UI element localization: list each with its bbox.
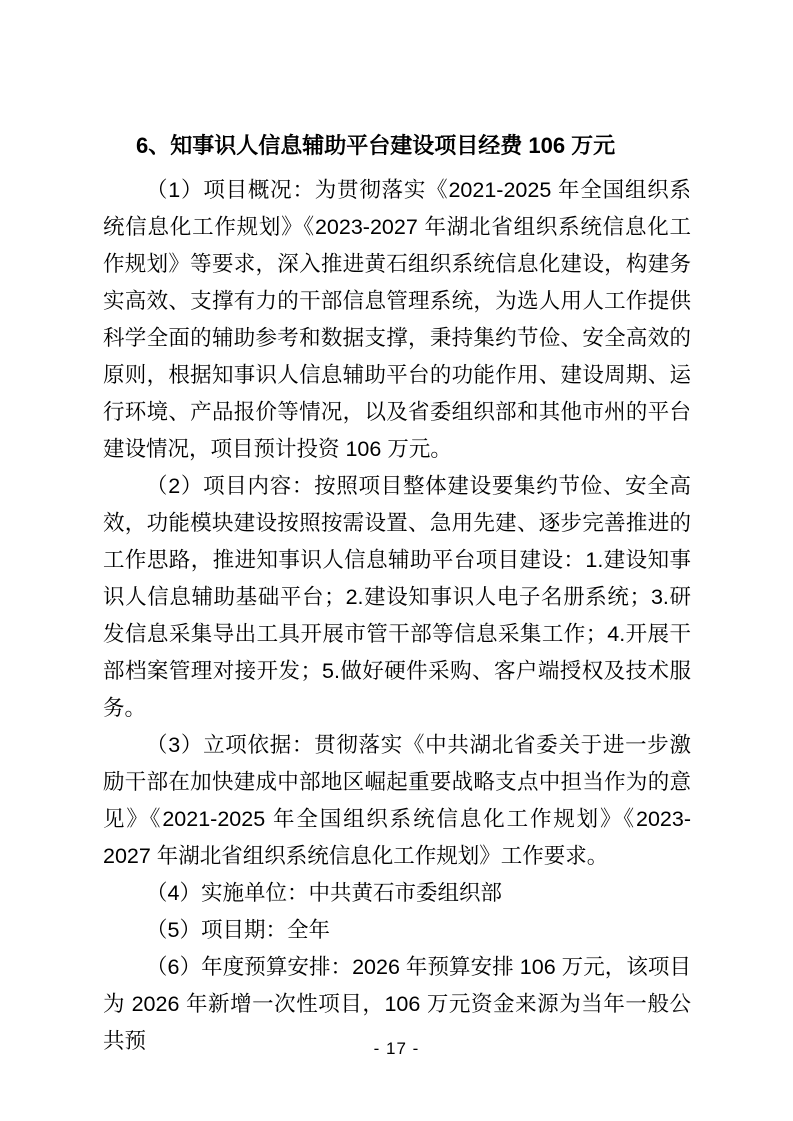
document-page: 6、知事识人信息辅助平台建设项目经费 106 万元 （1）项目概况：为贯彻落实《… [0,0,793,1121]
paragraph-implementing-unit: （4）实施单位：中共黄石市委组织部 [103,875,691,912]
paragraph-project-overview: （1）项目概况：为贯彻落实《2021-2025 年全国组织系统信息化工作规划》《… [103,172,691,468]
document-body: 6、知事识人信息辅助平台建设项目经费 106 万元 （1）项目概况：为贯彻落实《… [103,127,691,1060]
page-number: - 17 - [0,1038,793,1060]
paragraph-project-basis: （3）立项依据：贯彻落实《中共湖北省委关于进一步激励干部在加快建成中部地区崛起重… [103,727,691,875]
paragraph-project-content: （2）项目内容：按照项目整体建设要集约节俭、安全高效，功能模块建设按照按需设置、… [103,468,691,727]
section-title: 6、知事识人信息辅助平台建设项目经费 106 万元 [103,127,691,165]
paragraph-project-period: （5）项目期：全年 [103,912,691,949]
